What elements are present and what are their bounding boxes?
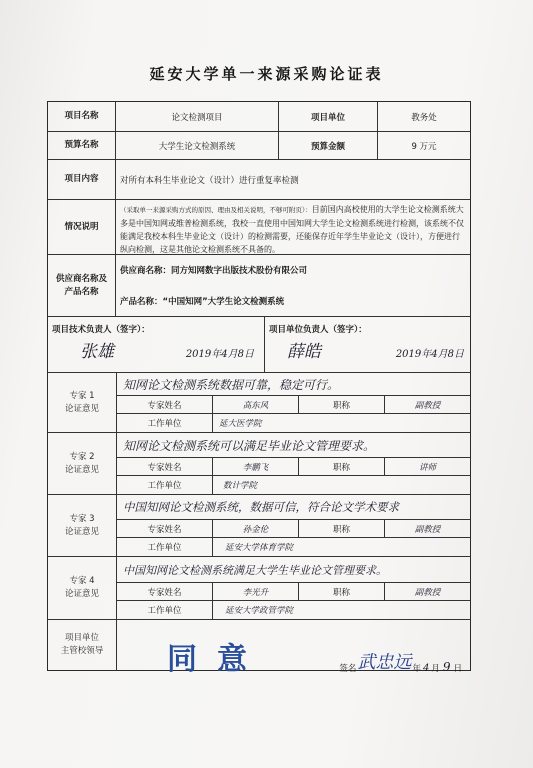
expert-2-title: 讲师 [385, 458, 470, 475]
opinion-label: 论证意见 [65, 403, 99, 416]
content-label: 项目内容 [48, 160, 116, 199]
supplier-label: 供应商名称及产品名称 [48, 255, 116, 316]
leader-label-line2: 主管校领导 [61, 645, 104, 658]
expert-3-label: 专家 3 论证意见 [48, 495, 117, 556]
product-name: 产品名称：“中国知网”大学生论文检测系统 [120, 295, 284, 307]
supplier-value: 供应商名称：同方知网数字出版技术股份有限公司 产品名称：“中国知网”大学生论文检… [116, 255, 470, 316]
leader-day: 9 [443, 660, 451, 674]
expert-4-title: 副教授 [385, 583, 470, 600]
expert-4-body: 中国知网论文检测系统满足大学生毕业论文管理要求。 专家姓名 李光升 职称 副教授… [117, 557, 470, 619]
budget-name-value: 大学生论文检测系统 [116, 132, 279, 159]
unit-lead-label: 项目单位负责人（签字）： [269, 323, 367, 335]
expert-1-opinion: 知网论文检测系统数据可靠，稳定可行。 [117, 373, 470, 396]
expert-3-name-row: 专家姓名 孙金伦 职称 副教授 [117, 520, 470, 538]
leader-label: 项目单位 主管校领导 [48, 620, 117, 670]
expert-unit-label: 工作单位 [117, 538, 213, 556]
unit-lead-signature: 薛皓 [287, 337, 321, 362]
expert-2-name-row: 专家姓名 李鹏飞 职称 讲师 [117, 458, 470, 476]
expert-2-number: 专家 2 [69, 451, 94, 464]
expert-3-unit: 延安大学体育学院 [213, 538, 470, 556]
expert-2-name: 李鹏飞 [213, 458, 299, 475]
expert-3-opinion: 中国知网论文检测系统，数据可信，符合论文学术要求 [117, 495, 470, 520]
approval-stamp: 同意 [167, 634, 267, 678]
project-name-value: 论文检测项目 [116, 102, 279, 131]
expert-4-number: 专家 4 [69, 575, 94, 588]
document-title: 延安大学单一来源采购论证表 [0, 63, 533, 84]
expert-3-name: 孙金伦 [213, 520, 299, 537]
expert-1-body: 知网论文检测系统数据可靠，稳定可行。 专家姓名 高东风 职称 副教授 工作单位 … [117, 373, 470, 432]
row-budget: 预算名称 大学生论文检测系统 预算金额 9 万元 [48, 132, 470, 160]
expert-name-label: 专家姓名 [117, 583, 213, 600]
expert-unit-label: 工作单位 [117, 601, 213, 619]
leader-day-suffix: 日 [453, 662, 462, 674]
procurement-form-table: 项目名称 论文检测项目 项目单位 教务处 预算名称 大学生论文检测系统 预算金额… [47, 101, 471, 671]
expert-title-label: 职称 [299, 520, 385, 537]
situation-label: 情况说明 [48, 200, 116, 254]
project-unit-value: 教务处 [378, 102, 470, 131]
expert-3-body: 中国知网论文检测系统，数据可信，符合论文学术要求 专家姓名 孙金伦 职称 副教授… [117, 495, 470, 556]
expert-3-number: 专家 3 [69, 513, 94, 526]
budget-amount-label: 预算金额 [279, 132, 378, 159]
expert-1-title: 副教授 [385, 396, 470, 413]
expert-1-name-row: 专家姓名 高东风 职称 副教授 [117, 396, 470, 414]
expert-4-label: 专家 4 论证意见 [48, 557, 117, 619]
expert-4-name-row: 专家姓名 李光升 职称 副教授 [117, 583, 470, 601]
row-situation: 情况说明 （采取单一来源采购方式的原因、理由及相关说明，不够可附页）：目前国内高… [48, 200, 470, 255]
expert-4-unit-row: 工作单位 延安大学政管学院 [117, 601, 470, 619]
document-page: 延安大学单一来源采购论证表 项目名称 论文检测项目 项目单位 教务处 预算名称 … [0, 0, 533, 768]
leader-signature: 武忠远 [357, 648, 411, 674]
expert-2-label: 专家 2 论证意见 [48, 433, 117, 494]
leader-month-suffix: 月 [431, 662, 440, 674]
expert-4-section: 专家 4 论证意见 中国知网论文检测系统满足大学生毕业论文管理要求。 专家姓名 … [48, 557, 470, 620]
expert-1-unit: 延大医学院 [213, 414, 470, 432]
expert-unit-label: 工作单位 [117, 414, 213, 432]
expert-title-label: 职称 [299, 396, 385, 413]
expert-3-unit-row: 工作单位 延安大学体育学院 [117, 538, 470, 556]
expert-2-unit-row: 工作单位 数计学院 [117, 476, 470, 494]
leader-signature-line: 签名 武忠远 年 4 月 9 日 [339, 648, 462, 674]
expert-1-name: 高东风 [213, 396, 299, 413]
expert-title-label: 职称 [299, 583, 385, 600]
expert-4-name: 李光升 [213, 583, 299, 600]
opinion-label: 论证意见 [65, 526, 99, 539]
budget-amount-value: 9 万元 [378, 132, 470, 159]
row-project-name: 项目名称 论文检测项目 项目单位 教务处 [48, 102, 470, 132]
tech-lead-signature-cell: 项目技术负责人（签字）： 张雄 2019年4月8日 [48, 317, 265, 372]
expert-title-label: 职称 [299, 458, 385, 475]
leader-body: 同意 签名 武忠远 年 4 月 9 日 [117, 620, 470, 670]
expert-1-section: 专家 1 论证意见 知网论文检测系统数据可靠，稳定可行。 专家姓名 高东风 职称… [48, 373, 470, 433]
tech-lead-date: 2019年4月8日 [186, 345, 254, 360]
content-value: 对所有本科生毕业论文（设计）进行重复率检测 [116, 160, 470, 199]
leader-year-suffix: 年 [412, 662, 421, 674]
expert-3-title: 副教授 [385, 520, 470, 537]
row-supplier: 供应商名称及产品名称 供应商名称：同方知网数字出版技术股份有限公司 产品名称：“… [48, 255, 470, 317]
expert-1-number: 专家 1 [69, 390, 94, 403]
expert-2-section: 专家 2 论证意见 知网论文检测系统可以满足毕业论文管理要求。 专家姓名 李鹏飞… [48, 433, 470, 495]
opinion-label: 论证意见 [65, 588, 99, 601]
expert-4-opinion: 中国知网论文检测系统满足大学生毕业论文管理要求。 [117, 557, 470, 583]
project-name-label: 项目名称 [48, 102, 116, 131]
leader-label-line1: 项目单位 [65, 632, 99, 645]
tech-lead-signature: 张雄 [80, 337, 114, 362]
unit-lead-signature-cell: 项目单位负责人（签字）： 薛皓 2019年4月8日 [265, 317, 470, 372]
row-signatures: 项目技术负责人（签字）： 张雄 2019年4月8日 项目单位负责人（签字）： 薛… [48, 317, 470, 373]
expert-3-section: 专家 3 论证意见 中国知网论文检测系统，数据可信，符合论文学术要求 专家姓名 … [48, 495, 470, 557]
expert-1-label: 专家 1 论证意见 [48, 373, 117, 432]
opinion-label: 论证意见 [65, 464, 99, 477]
sign-label: 签名 [339, 662, 356, 674]
leader-section: 项目单位 主管校领导 同意 签名 武忠远 年 4 月 9 日 [48, 620, 470, 670]
expert-2-opinion: 知网论文检测系统可以满足毕业论文管理要求。 [117, 433, 470, 458]
expert-name-label: 专家姓名 [117, 458, 213, 475]
expert-2-body: 知网论文检测系统可以满足毕业论文管理要求。 专家姓名 李鹏飞 职称 讲师 工作单… [117, 433, 470, 494]
expert-4-unit: 延安大学政管学院 [213, 601, 470, 619]
expert-unit-label: 工作单位 [117, 476, 213, 494]
supplier-name: 供应商名称：同方知网数字出版技术股份有限公司 [120, 264, 307, 276]
leader-month: 4 [423, 663, 429, 674]
budget-name-label: 预算名称 [48, 132, 116, 159]
tech-lead-label: 项目技术负责人（签字）： [52, 323, 150, 335]
situation-value: （采取单一来源采购方式的原因、理由及相关说明，不够可附页）：目前国内高校使用的大… [116, 200, 470, 254]
situation-prefix: （采取单一来源采购方式的原因、理由及相关说明，不够可附页）： [120, 206, 312, 214]
expert-name-label: 专家姓名 [117, 396, 213, 413]
project-unit-label: 项目单位 [279, 102, 378, 131]
row-content: 项目内容 对所有本科生毕业论文（设计）进行重复率检测 [48, 160, 470, 200]
unit-lead-date: 2019年4月8日 [396, 345, 464, 360]
expert-2-unit: 数计学院 [213, 476, 470, 494]
expert-1-unit-row: 工作单位 延大医学院 [117, 414, 470, 432]
expert-name-label: 专家姓名 [117, 520, 213, 537]
